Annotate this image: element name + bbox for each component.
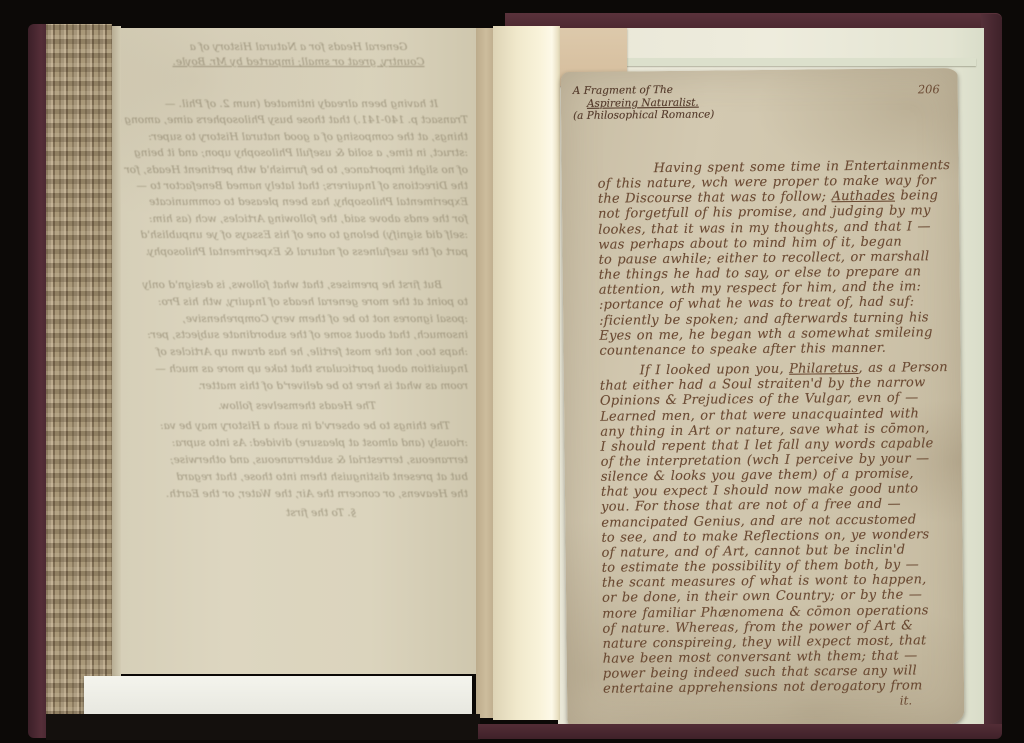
photograph-of-manuscript-book: { "photo": { "background_color": "#0c090… (0, 0, 1024, 743)
manuscript-line: Experimental Philosophy, has been please… (129, 194, 468, 210)
page-edge-highlight (112, 26, 121, 714)
manuscript-line: the Directions of Inquirers; that lately… (129, 178, 468, 194)
bleedthrough-section-title: The Heads themselves follow. (129, 398, 376, 415)
manuscript-line: :struct, in time, a solid & usefull Phil… (129, 145, 468, 161)
bleedthrough-heading: General Heads for a Natural History of a… (147, 40, 450, 70)
manuscript-line: Transact p. 140-141.) that those busy Ph… (129, 112, 468, 128)
manuscript-line: (a Philosophical Romance) (573, 108, 714, 122)
page-block-deckle-edges (46, 24, 112, 716)
white-insert-card (84, 676, 472, 716)
gutter-fold (493, 26, 560, 720)
manuscript-line: of no slight importance, to be furnish'd… (129, 162, 468, 178)
manuscript-line: :self did signify) belong to one of his … (129, 227, 468, 243)
fragment-body-text: Having spent some time in Entertainments… (598, 158, 963, 697)
manuscript-line: :haps too, not the most fertile, he has … (129, 344, 468, 361)
manuscript-line: insomuch, that about some of the subordi… (129, 327, 468, 344)
paragraph: Having spent some time in Entertainments… (598, 158, 959, 359)
manuscript-line: terraneous, terrestrial & subterraneous,… (129, 452, 468, 469)
manuscript-line: countenance to speake after this manner. (599, 340, 958, 359)
paragraph: If I looked upon you, Philaretus, as a P… (600, 360, 962, 697)
manuscript-fragment-page: A Fragment of TheAspireing Naturalist.(a… (561, 68, 965, 728)
manuscript-line: But first he premises, that what follows… (129, 277, 468, 294)
catchword: it. (900, 693, 913, 707)
manuscript-line: The things to be observ'd in such a Hist… (129, 418, 468, 435)
gutter-leaf-edge (476, 28, 493, 718)
book-cover-right-edge (981, 14, 1002, 738)
bleedthrough-paragraph: But first he premises, that what follows… (129, 277, 468, 395)
book-cover-bottom-edge (478, 724, 1002, 739)
manuscript-line: :posal ignores not to be of them very Co… (129, 311, 468, 328)
manuscript-line: It having been already intimated (num 2.… (129, 96, 468, 112)
bleedthrough-paragraph: The things to be observ'd in such a Hist… (129, 418, 468, 522)
left-page: General Heads for a Natural History of a… (121, 28, 476, 674)
manuscript-line: Inquisition about particulars that take … (129, 361, 468, 378)
fragment-title-label: A Fragment of TheAspireing Naturalist.(a… (573, 83, 715, 122)
bottom-shadow (46, 714, 480, 740)
manuscript-line: General Heads for a Natural History of a (147, 40, 450, 55)
manuscript-line: but at present distinguish them into tho… (129, 469, 468, 486)
manuscript-line: the Heavens, or concern the Air, the Wat… (129, 486, 468, 503)
manuscript-line: The Heads themselves follow. (129, 398, 376, 415)
manuscript-line: for the ends above said, the following A… (129, 211, 468, 227)
manuscript-line: part of the usefulness of natural & Expe… (129, 244, 468, 260)
manuscript-line: room as what is here to be deliver'd of … (129, 378, 468, 395)
manuscript-line: §. To the first (129, 505, 356, 522)
manuscript-line: to point at the more general heads of In… (129, 294, 468, 311)
bleedthrough-paragraph: It having been already intimated (num 2.… (129, 96, 468, 260)
bleedthrough-text: General Heads for a Natural History of a… (127, 34, 470, 668)
manuscript-line: things, at the composing of a good natur… (129, 129, 468, 145)
folio-number: 206 (918, 82, 940, 96)
manuscript-line: :riously (and almost at pleasure) divide… (129, 435, 468, 452)
manuscript-line: Country, great or small; imparted by Mr.… (147, 55, 450, 70)
